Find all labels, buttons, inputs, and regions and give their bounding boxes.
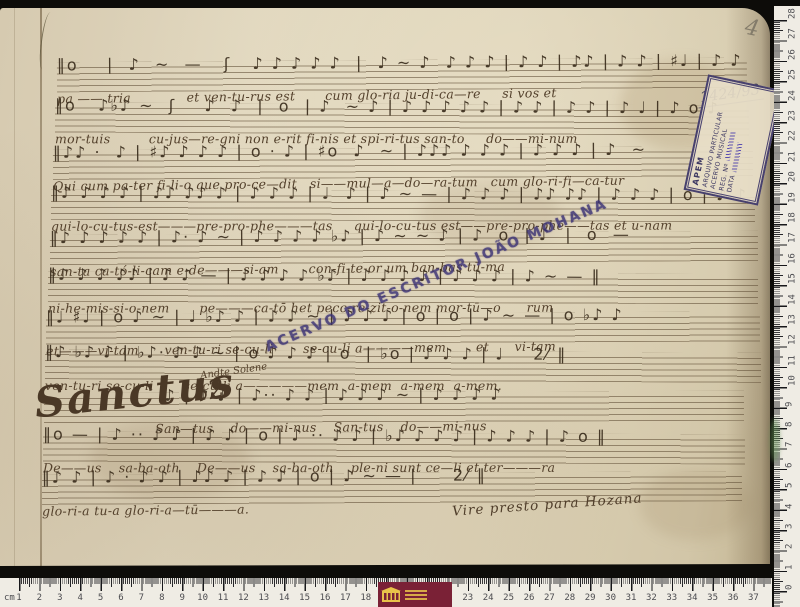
ruler-number: 26 (787, 49, 797, 60)
ruler-number: 16 (787, 253, 797, 264)
ruler-number: 26 (524, 593, 535, 603)
ruler-number: 10 (787, 375, 797, 386)
scanned-manuscript-photo: ‖o | ♪ ~ — ʃ ♪ ♪ ♪ ♪ ♪ | ♪ ~ ♪ ♪ ♪ ♪ | ♪… (0, 0, 800, 607)
ruler-number: 35 (707, 593, 718, 603)
ruler-number: 6 (118, 593, 123, 603)
ruler-number: 12 (238, 593, 249, 603)
handwritten-notes: ‖♪ ♭♪ ♪ | ♭♪· ♪ ♪ ~ | o ♪ ♪ ♪ | o | ♭o |… (45, 342, 761, 365)
ruler-number: 13 (258, 593, 269, 603)
ruler-number: 1 (785, 564, 795, 569)
ruler-number: 13 (787, 314, 797, 325)
ruler-number: 23 (787, 110, 797, 121)
page-crease (14, 8, 15, 572)
ruler-number: 22 (787, 131, 797, 142)
ruler-number: 18 (787, 212, 797, 223)
ruler-number: 24 (787, 90, 797, 101)
ruler-number: 9 (785, 401, 795, 406)
building-icon (381, 587, 401, 603)
ruler-number: 25 (787, 69, 797, 80)
ruler-number: 16 (320, 593, 331, 603)
ruler-number: 4 (785, 503, 795, 508)
ruler-number: 17 (787, 233, 797, 244)
ruler-number: 4 (77, 593, 82, 603)
ruler-number: 8 (785, 422, 795, 427)
ruler-number: 5 (785, 483, 795, 488)
ruler-number: 3 (57, 593, 62, 603)
ruler-number: 28 (787, 8, 797, 19)
ruler-number: 6 (785, 462, 795, 467)
ruler-number: 11 (787, 355, 797, 366)
ruler-number: 20 (787, 171, 797, 182)
ruler-number: 24 (483, 593, 494, 603)
ruler-number: 21 (787, 151, 797, 162)
handwritten-notes: ‖o | ♪ ~ — ʃ ♪ ♪ ♪ ♪ ♪ | ♪ ~ ♪ ♪ ♪ ♪ | ♪… (57, 51, 747, 75)
ruler-number: 34 (687, 593, 698, 603)
ruler-unit-label: cm (4, 593, 15, 603)
ruler-number: 14 (279, 593, 290, 603)
ruler-number: 27 (787, 29, 797, 40)
archive-building-logo (378, 582, 452, 607)
ruler-number: 11 (218, 593, 229, 603)
handwritten-notes: ‖♪♪ · ♪ | ♯♪ ♪ ♪ ♪ | o · ♪ | ♯o ♪ ~ | ♪♪… (53, 139, 753, 162)
logo-text-lines (405, 590, 427, 600)
ruler-number: 19 (787, 192, 797, 203)
ruler-number: 14 (787, 294, 797, 305)
right-cm-ruler: 2827262524232221201918171615141312111098… (774, 6, 800, 607)
ruler-number: 12 (787, 335, 797, 346)
ruler-number: 8 (159, 593, 164, 603)
green-smudge (770, 418, 780, 462)
ruler-number: 9 (179, 593, 184, 603)
ruler-number: 36 (728, 593, 739, 603)
ruler-number: 2 (37, 593, 42, 603)
clef-time-signature: ♭2 (193, 373, 227, 408)
ruler-number: 5 (98, 593, 103, 603)
ruler-number: 25 (503, 593, 514, 603)
ruler-number: 23 (462, 593, 473, 603)
ruler-number: 0 (785, 585, 795, 590)
ruler-number: 33 (666, 593, 677, 603)
ruler-number: 18 (360, 593, 371, 603)
ruler-number: 10 (197, 593, 208, 603)
ruler-number: 1 (16, 593, 21, 603)
handwritten-notes: ‖o — | ♪ ·· ♪ ♪ | ♪ ♪ | o | ♪ ·· ♪ ♪ | ♭… (43, 424, 745, 446)
ruler-number: 15 (299, 593, 310, 603)
ruler-number: 32 (646, 593, 657, 603)
handwritten-notes: ‖♪ ♪ | ♪ · ♪ ♪ | ♪♪ ♪ | ♪ ♪ | o | ♪ ~ — … (42, 464, 742, 487)
handwritten-notes: ‖♩ ♯♩ | o ♪ ~ | ♩ ♭♪ ♪ | ♪ ♪ ~ | ♪ ♪ ♪ |… (46, 304, 760, 326)
ruler-number: 7 (785, 442, 795, 447)
ruler-number: 30 (605, 593, 616, 603)
ruler-number: 29 (585, 593, 596, 603)
ruler-number: 7 (139, 593, 144, 603)
ruler-number: 27 (544, 593, 555, 603)
ruler-number: 15 (787, 273, 797, 284)
ruler-number: 3 (785, 524, 795, 529)
ruler-number: 31 (626, 593, 637, 603)
ruler-number: 37 (748, 593, 759, 603)
handwritten-notes: ‖o ♪♭♪ ~ ʃ ♪ ♪ | o | ♪ ~ ♪ | ♪ ♪ ♪ ♪ ♪ |… (55, 95, 749, 117)
ruler-number: 17 (340, 593, 351, 603)
ruler-number: 2 (785, 544, 795, 549)
ruler-number: 28 (564, 593, 575, 603)
handwritten-notes: ‖♪ ♪ ♪ ♪ ♪ | ♪· ♪ ~ | ♪ ♪ ♪ ♪ ♭♪ | ♪ ~ ~… (50, 224, 758, 247)
handwritten-notes: ‖♪ ♪ ♪ ♪ | ♪♪ ♪♪ ♪ | ♪ ♪ ♪ | ♩ ♪ | ♪ ~ —… (51, 183, 755, 204)
